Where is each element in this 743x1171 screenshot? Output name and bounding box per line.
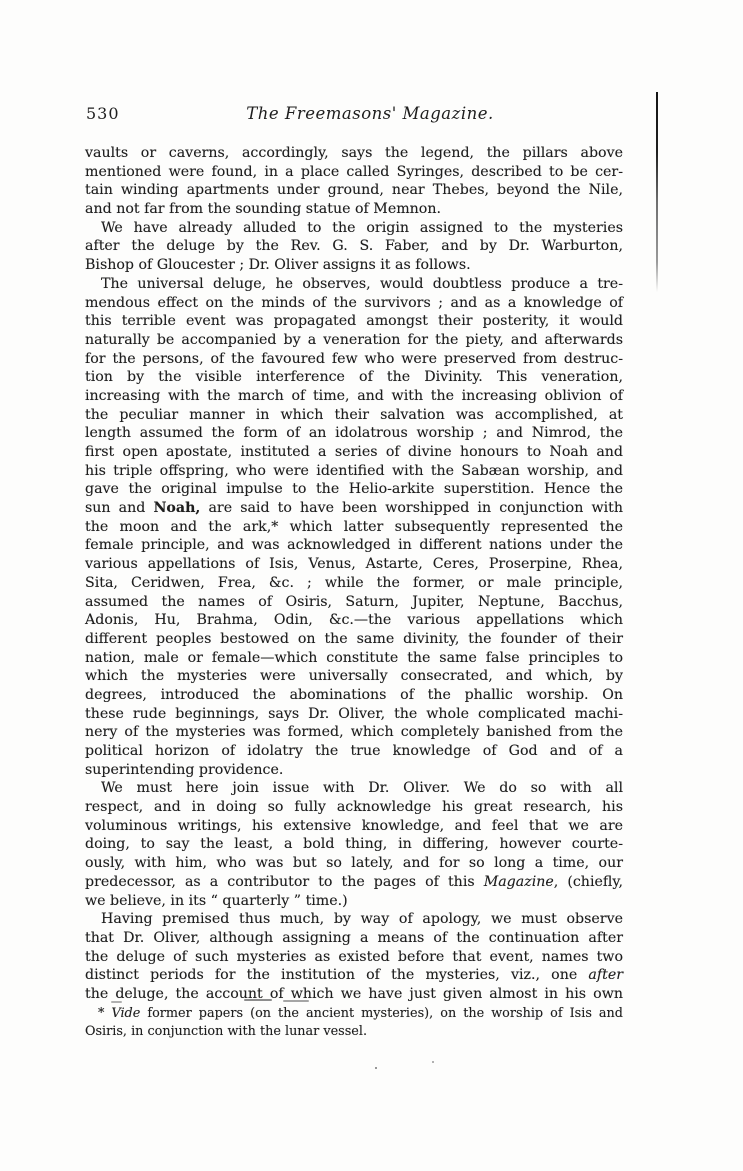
running-title: The Freemasons' Magazine. <box>101 104 639 123</box>
text-line: ously, with him, who was but so lately, … <box>85 854 623 873</box>
text-line: after the deluge by the Rev. G. S. Faber… <box>85 237 623 256</box>
text-line: naturally be accompanied by a veneration… <box>85 331 623 350</box>
text-line: doing, to say the least, a bold thing, i… <box>85 835 623 854</box>
text-segment: former papers (on the ancient mysteries)… <box>140 1006 623 1021</box>
text-line: tion by the visible interference of the … <box>85 368 623 387</box>
text-segment: * <box>98 1006 111 1021</box>
text-line: gave the original impulse to the Helio-a… <box>85 480 623 499</box>
text-line: different peoples bestowed on the same d… <box>85 630 623 649</box>
text-line: Bishop of Gloucester ; Dr. Oliver assign… <box>85 256 623 275</box>
text-line: Adonis, Hu, Brahma, Odin, &c.—the variou… <box>85 611 623 630</box>
text-line: vaults or caverns, accordingly, says the… <box>85 144 623 163</box>
text-line: mendous effect on the minds of the survi… <box>85 294 623 313</box>
scan-speck <box>432 1061 434 1063</box>
text-line: respect, and in doing so fully acknowled… <box>85 798 623 817</box>
text-line: tain winding apartments under ground, ne… <box>85 181 623 200</box>
text-line: the deluge, the account of which we have… <box>85 985 623 1004</box>
scan-edge-artifact <box>656 92 658 292</box>
page-body: vaults or caverns, accordingly, says the… <box>85 144 623 1004</box>
text-line: which the mysteries were universally con… <box>85 667 623 686</box>
text-line: increasing with the march of time, and w… <box>85 387 623 406</box>
footnote-separator-artifact <box>244 999 272 1001</box>
paragraph: We must here join issue with Dr. Oliver.… <box>85 779 623 910</box>
text-line: the moon and the ark,* which latter subs… <box>85 518 623 537</box>
text-segment: distinct periods for the institution of … <box>85 967 588 983</box>
text-line: length assumed the form of an idolatrous… <box>85 424 623 443</box>
footnote-separator-artifact <box>283 1000 309 1002</box>
text-line: superintending providence. <box>85 761 623 780</box>
text-line: Sita, Ceridwen, Frea, &c. ; while the fo… <box>85 574 623 593</box>
text-line: We must here join issue with Dr. Oliver.… <box>85 779 623 798</box>
footnote-separator-artifact <box>111 1001 122 1003</box>
italic-text: Vide <box>111 1006 140 1021</box>
paragraph: vaults or caverns, accordingly, says the… <box>85 144 623 219</box>
text-line: political horizon of idolatry the true k… <box>85 742 623 761</box>
text-line: assumed the names of Osiris, Saturn, Jup… <box>85 593 623 612</box>
text-line: his triple offspring, who were identifie… <box>85 462 623 481</box>
footnote: * Vide former papers (on the ancient mys… <box>85 1005 623 1040</box>
text-line: Osiris, in conjunction with the lunar ve… <box>85 1023 623 1041</box>
text-line: this terrible event was propagated among… <box>85 312 623 331</box>
text-line: nery of the mysteries was formed, which … <box>85 723 623 742</box>
text-line: * Vide former papers (on the ancient mys… <box>85 1005 623 1023</box>
text-line: We have already alluded to the origin as… <box>85 219 623 238</box>
paragraph: The universal deluge, he observes, would… <box>85 275 623 780</box>
bold-text: Noah, <box>153 500 200 516</box>
text-line: predecessor, as a contributor to the pag… <box>85 873 623 892</box>
text-line: female principle, and was acknowledged i… <box>85 536 623 555</box>
text-line: Having premised thus much, by way of apo… <box>85 910 623 929</box>
text-line: nation, male or female—which constitute … <box>85 649 623 668</box>
text-line: and not far from the sounding statue of … <box>85 200 623 219</box>
page-header: 530 The Freemasons' Magazine. <box>85 104 623 126</box>
text-line: for the persons, of the favoured few who… <box>85 350 623 369</box>
text-line: degrees, introduced the abominations of … <box>85 686 623 705</box>
text-line: the peculiar manner in which their salva… <box>85 406 623 425</box>
text-line: voluminous writings, his extensive knowl… <box>85 817 623 836</box>
text-line: various appellations of Isis, Venus, Ast… <box>85 555 623 574</box>
text-line: these rude beginnings, says Dr. Oliver, … <box>85 705 623 724</box>
text-line: first open apostate, instituted a series… <box>85 443 623 462</box>
paragraph: Having premised thus much, by way of apo… <box>85 910 623 1003</box>
text-line: The universal deluge, he observes, would… <box>85 275 623 294</box>
text-line: distinct periods for the institution of … <box>85 966 623 985</box>
italic-text: Magazine <box>484 874 554 890</box>
text-line: the deluge of such mysteries as existed … <box>85 948 623 967</box>
text-line: sun and Noah, are said to have been wors… <box>85 499 623 518</box>
text-line: that Dr. Oliver, although assigning a me… <box>85 929 623 948</box>
text-segment: , (chiefly, <box>554 874 623 890</box>
text-line: mentioned were found, in a place called … <box>85 163 623 182</box>
paragraph: We have already alluded to the origin as… <box>85 219 623 275</box>
scan-speck <box>375 1067 377 1069</box>
text-segment: sun and <box>85 500 153 516</box>
italic-text: after <box>588 967 623 983</box>
text-segment: predecessor, as a contributor to the pag… <box>85 874 484 890</box>
text-segment: are said to have been worshipped in conj… <box>200 500 623 516</box>
scanned-magazine-page: 530 The Freemasons' Magazine. vaults or … <box>0 0 743 1171</box>
text-line: we believe, in its “ quarterly ” time.) <box>85 892 623 911</box>
